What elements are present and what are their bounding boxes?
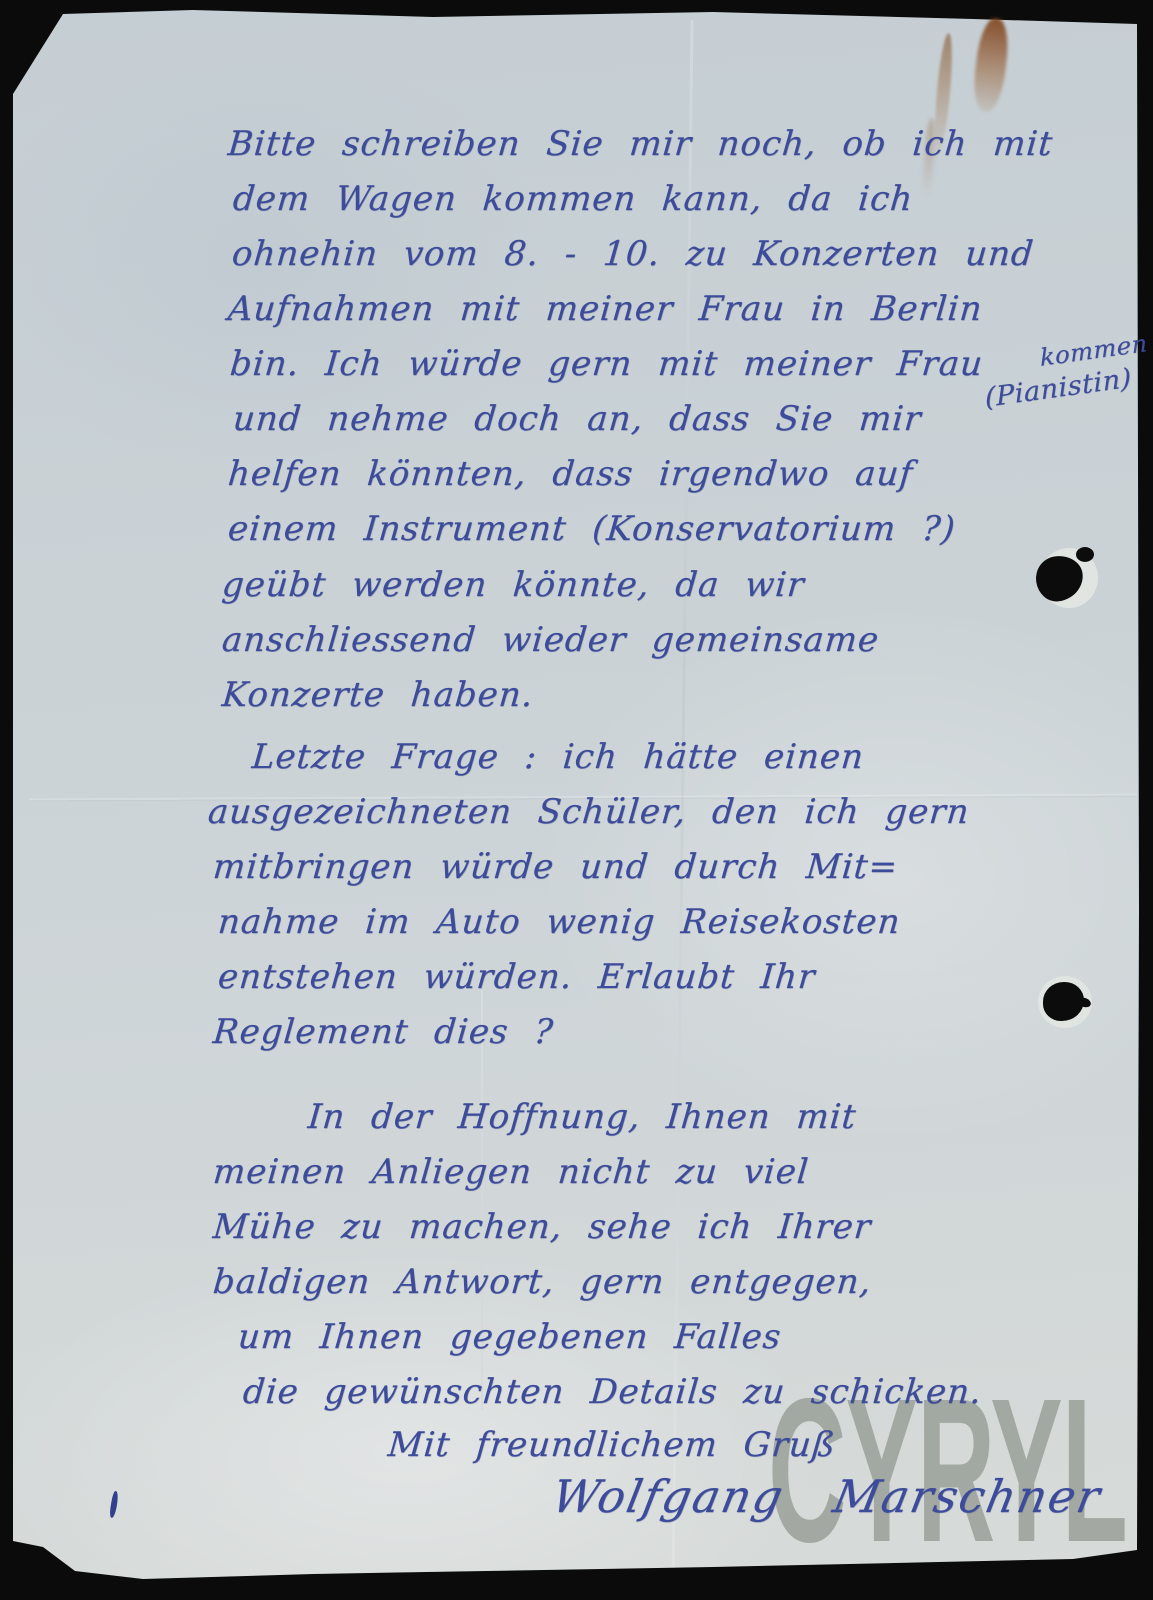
letter-line-1: Bitte schreiben Sie mir noch, ob ich mit bbox=[226, 126, 1054, 163]
letter-line-3: ohnehin vom 8. - 10. zu Konzerten und bbox=[230, 236, 1035, 273]
letter-line-13: ausgezeichneten Schüler, den ich gern bbox=[206, 794, 971, 831]
letter-line-14: mitbringen würde und durch Mit= bbox=[211, 849, 899, 886]
letter-line-6: und nehme doch an, dass Sie mir bbox=[231, 401, 923, 438]
letter-line-19: meinen Anliegen nicht zu viel bbox=[211, 1154, 810, 1191]
letter-line-8: einem Instrument (Konservatorium ?) bbox=[226, 511, 957, 548]
letter-line-9: geübt werden könnte, da wir bbox=[220, 567, 806, 604]
letter-line-7: helfen könnten, dass irgendwo auf bbox=[226, 456, 914, 493]
letter-line-2: dem Wagen kommen kann, da ich bbox=[231, 181, 914, 218]
handwriting-layer: kommen (Pianistin) Bitte schreiben Sie m… bbox=[0, 0, 1153, 1600]
letter-line-10: anschliessend wieder gemeinsame bbox=[220, 622, 880, 659]
letter-line-24: Mit freundlichem Gruß bbox=[386, 1427, 837, 1464]
letter-line-20: Mühe zu machen, sehe ich Ihrer bbox=[211, 1209, 872, 1246]
letter-line-12: Letzte Frage : ich hätte einen bbox=[250, 739, 865, 776]
margin-note-pianistin: (Pianistin) bbox=[984, 364, 1132, 414]
letter-line-21: baldigen Antwort, gern entgegen, bbox=[211, 1264, 873, 1301]
scanned-letter-page: CYRYL kommen (Pianistin) Bitte schreiben… bbox=[0, 0, 1153, 1600]
letter-line-4: Aufnahmen mit meiner Frau in Berlin bbox=[226, 291, 984, 328]
letter-line-15: nahme im Auto wenig Reisekosten bbox=[216, 904, 902, 941]
letter-line-5: bin. Ich würde gern mit meiner Frau bbox=[228, 346, 984, 383]
letter-line-23: die gewünschten Details zu schicken. bbox=[241, 1374, 983, 1411]
letter-line-18: In der Hoffnung, Ihnen mit bbox=[306, 1099, 858, 1136]
letter-line-25: Wolfgang Marschner bbox=[548, 1472, 1106, 1522]
letter-line-11: Konzerte haben. bbox=[220, 677, 535, 714]
letter-line-17: Reglement dies ? bbox=[211, 1014, 555, 1051]
letter-line-16: entstehen würden. Erlaubt Ihr bbox=[216, 959, 817, 996]
margin-note-kommen: kommen bbox=[1039, 330, 1148, 371]
letter-line-22: um Ihnen gegebenen Falles bbox=[236, 1319, 783, 1356]
